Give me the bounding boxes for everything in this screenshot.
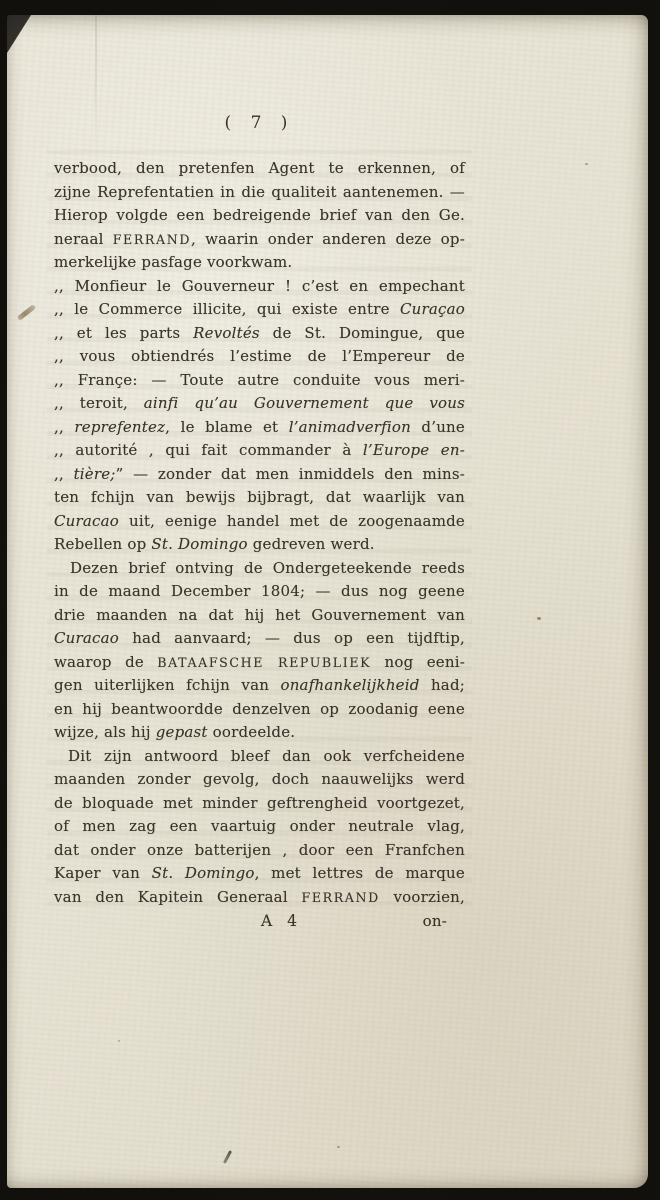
body-text: verbood, den pretenfen Agent te erkennen… (54, 157, 465, 934)
text-line: merkelijke pasfage voorkwam. (54, 251, 465, 275)
text-line: of men zag een vaartuig onder neutrale v… (54, 815, 465, 839)
text-line: de bloquade met minder geftrengheid voor… (54, 792, 465, 816)
text-line: in de maand December 1804; — dus nog gee… (54, 580, 465, 604)
text-line: ,, reprefentez, le blame et l’animadverf… (54, 416, 465, 440)
paragraph-3: Dit zijn antwoord bleef dan ook verfchei… (54, 745, 465, 910)
text-line: ,, vous obtiendrés l’estime de l’Empereu… (54, 345, 465, 369)
text-line: van den Kapitein Generaal FERRAND voorzi… (54, 886, 465, 910)
text-line: ,, le Commerce illicite, qui existe entr… (54, 298, 465, 322)
paper-crease (95, 15, 97, 165)
paragraph-quote: ,, Monfieur le Gouverneur ! c’est en emp… (54, 275, 465, 557)
text-line: dat onder onze batterijen , door een Fra… (54, 839, 465, 863)
corner-notch (7, 15, 31, 53)
paragraph-1: verbood, den pretenfen Agent te erkennen… (54, 157, 465, 275)
text-line: zijne Reprefentatien in die qualiteit aa… (54, 181, 465, 205)
text-line: drie maanden na dat hij het Gouvernement… (54, 604, 465, 628)
text-line: waarop de BATAAFSCHE REPUBLIEK nog eeni- (54, 651, 465, 675)
catchword: on- (423, 910, 447, 934)
text-line: maanden zonder gevolg, doch naauwelijks … (54, 768, 465, 792)
text-line: ,, autorité , qui fait commander à l’Eur… (54, 439, 465, 463)
text-line: neraal FERRAND, waarin onder anderen dez… (54, 228, 465, 252)
paragraph-2: Dezen brief ontving de Ondergeteekende r… (54, 557, 465, 745)
paper-sheet: ( 7 ) verbood, den pretenfen Agent te er… (7, 15, 648, 1188)
text-line: gen uiterlijken fchijn van onafhankelijk… (54, 674, 465, 698)
text-line: verbood, den pretenfen Agent te erkennen… (54, 157, 465, 181)
text-line: en hij beantwoordde denzelven op zoodani… (54, 698, 465, 722)
text-line: Curacao uit, eenige handel met de zoogen… (54, 510, 465, 534)
scanned-page: ( 7 ) verbood, den pretenfen Agent te er… (0, 0, 660, 1200)
text-line: Rebellen op St. Domingo gedreven werd. (54, 533, 465, 557)
signature-line: A 4 on- (54, 910, 465, 934)
text-line: ,, Monfieur le Gouverneur ! c’est en emp… (54, 275, 465, 299)
text-line: Curacao had aanvaard; — dus op een tijdf… (54, 627, 465, 651)
text-line: ,, Françe: — Toute autre conduite vous m… (54, 369, 465, 393)
text-line: Kaper van St. Domingo, met lettres de ma… (54, 862, 465, 886)
page-number: ( 7 ) (54, 113, 465, 133)
text-line: Dit zijn antwoord bleef dan ook verfchei… (54, 745, 465, 769)
signature-mark: A 4 (261, 910, 302, 934)
text-line: Dezen brief ontving de Ondergeteekende r… (54, 557, 465, 581)
text-line: ,, et les parts Revoltés de St. Domingue… (54, 322, 465, 346)
text-line: wijze, als hij gepast oordeelde. (54, 721, 465, 745)
text-line: ,, teroit, ainfi qu’au Gouvernement que … (54, 392, 465, 416)
text-line: ,, tière;” — zonder dat men inmiddels de… (54, 463, 465, 487)
text-line: ten fchijn van bewijs bijbragt, dat waar… (54, 486, 465, 510)
text-line: Hierop volgde een bedreigende brief van … (54, 204, 465, 228)
